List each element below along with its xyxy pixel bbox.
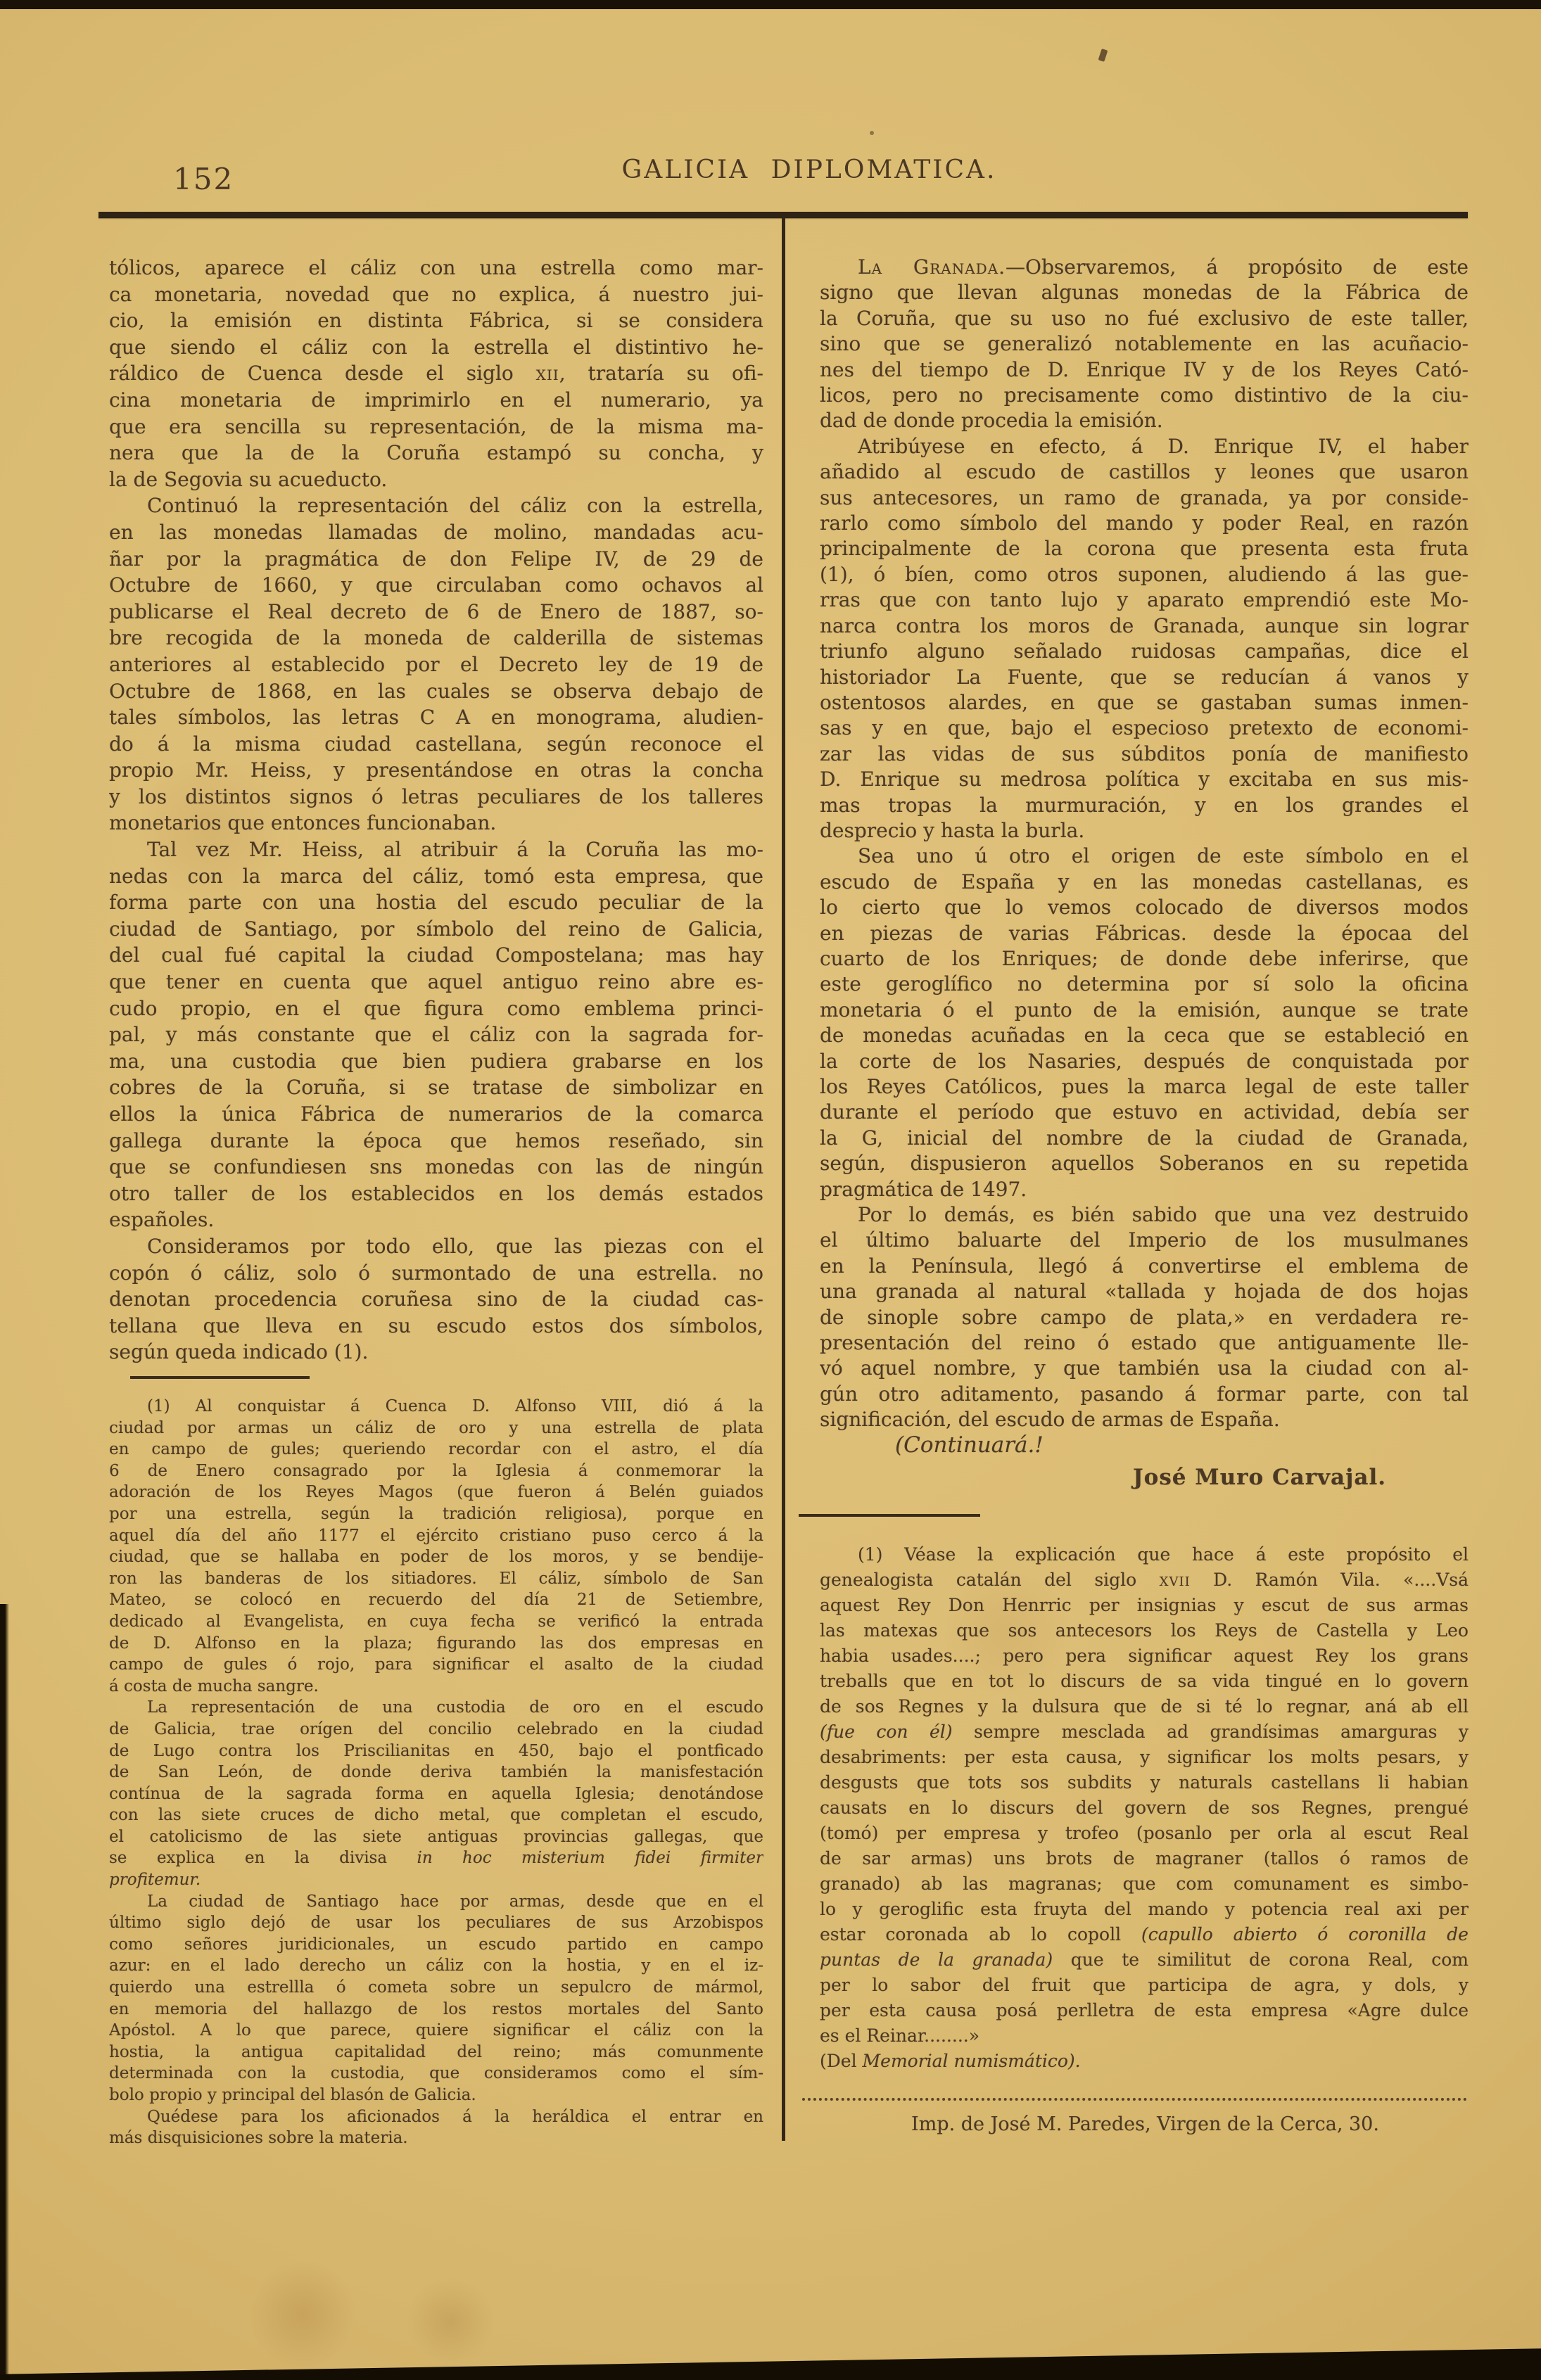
text-line: copón ó cáliz, solo ó surmontado de una … (109, 1260, 763, 1287)
text-line: tólicos, aparece el cáliz con una estrel… (109, 255, 763, 281)
text-line: escudo de España y en las monedas castel… (820, 870, 1469, 895)
text-line: sas y en que, bajo el especioso pretexto… (820, 715, 1469, 741)
text-line: dad de donde procedia la emisión. (820, 408, 1469, 433)
text-line: azur: en el lado derecho un cáliz con la… (109, 1955, 763, 1977)
text-line: ma, una custodia que bien pudiera grabar… (109, 1048, 763, 1075)
text-line: durante el período que estuvo en activid… (820, 1100, 1469, 1125)
right-footnote-rule (799, 1514, 980, 1517)
text-line: aquel día del año 1177 el ejército crist… (109, 1525, 763, 1547)
text-line: el último baluarte del Imperio de los mu… (820, 1228, 1469, 1253)
text-line: que se confundiesen sns monedas con las … (109, 1154, 763, 1181)
text-line: por una estrella, según la tradición rel… (109, 1503, 763, 1525)
text-line: mas tropas la murmuración, y en los gran… (820, 793, 1469, 818)
text-line: ellos la única Fábrica de numerarios de … (109, 1101, 763, 1128)
text-line: profitemur. (109, 1869, 763, 1891)
imprint-line: Imp. de José M. Paredes, Virgen de la Ce… (820, 2113, 1471, 2135)
text-line: narca contra los moros de Granada, aunqu… (820, 613, 1469, 639)
text-line: habia usades....; pero pera significar a… (820, 1643, 1469, 1669)
text-line: La Granada.—Observaremos, á propósito de… (820, 255, 1469, 280)
text-line: Continuó la representación del cáliz con… (109, 492, 763, 519)
text-line: (1) Véase la explicación que hace á este… (820, 1542, 1469, 1567)
text-line: que tener en cuenta que aquel antiguo re… (109, 969, 763, 995)
text-line: ciudad de Santiago, por símbolo del rein… (109, 916, 763, 943)
text-line: do á la misma ciudad castellana, según r… (109, 731, 763, 758)
text-line: (1), ó bíen, como otros suponen, aludien… (820, 562, 1469, 587)
text-line: ciudad por armas un cáliz de oro y una e… (109, 1418, 763, 1439)
text-line: lo y geroglific esta fruyta del mando y … (820, 1897, 1469, 1922)
text-line: de monedas acuñadas en la ceca que se es… (820, 1023, 1469, 1048)
text-line: Por lo demás, es bién sabido que una vez… (820, 1202, 1469, 1228)
text-line: forma parte con una hostia del escudo pe… (109, 889, 763, 916)
text-line: publicarse el Real decreto de 6 de Enero… (109, 599, 763, 625)
text-line: Octubre de 1868, en las cuales se observ… (109, 678, 763, 705)
text-line: cio, la emisión en distinta Fábrica, si … (109, 307, 763, 334)
text-line: Sea uno ú otro el origen de este símbolo… (820, 844, 1469, 869)
text-line: significación, del escudo de armas de Es… (820, 1407, 1469, 1432)
text-line: en la Península, llegó á convertirse el … (820, 1254, 1469, 1279)
text-line: rarlo como símbolo del mando y poder Rea… (820, 511, 1469, 536)
left-column-footnote: (1) Al conquistar á Cuenca D. Alfonso VI… (109, 1396, 763, 2149)
text-line: del cual fué capital la ciudad Compostel… (109, 942, 763, 969)
text-line: se explica en la divisa in hoc misterium… (109, 1847, 763, 1869)
right-column-footnote: (1) Véase la explicación que hace á este… (820, 1542, 1469, 2074)
text-line: triunfo alguno señalado ruidosas campaña… (820, 639, 1469, 664)
text-line: (1) Al conquistar á Cuenca D. Alfonso VI… (109, 1396, 763, 1418)
text-line: aquest Rey Don Henrric per insignias y e… (820, 1593, 1469, 1618)
text-line: de D. Alfonso en la plaza; figurando las… (109, 1633, 763, 1655)
text-line: más disquisiciones sobre la materia. (109, 2127, 763, 2149)
text-line: Atribúyese en efecto, á D. Enrique IV, e… (820, 434, 1469, 459)
text-line: 6 de Enero consagrado por la Iglesia á c… (109, 1461, 763, 1482)
text-line: nera que la de la Coruña estampó su conc… (109, 440, 763, 466)
text-line: D. Enrique su medrosa política y excitab… (820, 767, 1469, 792)
text-line: licos, pero no precisamente como distint… (820, 383, 1469, 408)
text-line: anteriores al establecido por el Decreto… (109, 651, 763, 678)
text-line: de Galicia, trae orígen del concilio cel… (109, 1719, 763, 1741)
text-line: tellana que lleva en su escudo estos dos… (109, 1313, 763, 1339)
text-line: hostia, la antigua capitalidad del reino… (109, 2042, 763, 2063)
text-line: signo que llevan algunas monedas de la F… (820, 280, 1469, 305)
text-line: la G, inicial del nombre de la ciudad de… (820, 1126, 1469, 1151)
text-line: propio Mr. Heiss, y presentándose en otr… (109, 757, 763, 784)
text-line: Mateo, se colocó en recuerdo del día 21 … (109, 1589, 763, 1611)
text-line: principalmente de la corona que presenta… (820, 536, 1469, 561)
text-line: vó aquel nombre, y que también usa la ci… (820, 1356, 1469, 1381)
text-line: añadido al escudo de castillos y leones … (820, 459, 1469, 485)
text-line: per esta causa posá perlletra de esta em… (820, 1998, 1469, 2023)
text-line: este geroglífico no determina por sí sol… (820, 972, 1469, 997)
text-line: ciudad, que se hallaba en poder de los m… (109, 1546, 763, 1568)
text-line: (fue con él) sempre mesclada ad grandísi… (820, 1719, 1469, 1745)
text-line: determinada con la custodia, que conside… (109, 2063, 763, 2085)
text-line: bolo propio y principal del blasón de Ga… (109, 2085, 763, 2106)
text-line: Consideramos por todo ello, que las piez… (109, 1233, 763, 1260)
text-line: historiador La Fuente, que se reducían á… (820, 665, 1469, 690)
text-line: nes del tiempo de D. Enrique IV y de los… (820, 357, 1469, 383)
text-line: pragmática de 1497. (820, 1177, 1469, 1202)
page-number: 152 (173, 162, 234, 196)
text-line: ca monetaria, novedad que no explica, á … (109, 281, 763, 308)
text-line: la Coruña, que su uso no fué exclusivo d… (820, 306, 1469, 331)
text-line: zar las vidas de sus súbditos ponía de m… (820, 742, 1469, 767)
text-line: una granada al natural «tallada y hojada… (820, 1279, 1469, 1304)
paper-speck (870, 131, 874, 135)
right-column-text: La Granada.—Observaremos, á propósito de… (820, 255, 1469, 1433)
author-signature: José Muro Carvajal. (1098, 1465, 1421, 1490)
text-line: cudo propio, en el que figura como emble… (109, 995, 763, 1022)
text-line: causats en lo discurs del govern de sos … (820, 1795, 1469, 1821)
text-line: Tal vez Mr. Heiss, al atribuir á la Coru… (109, 836, 763, 863)
text-line: último siglo dejó de usar los peculiares… (109, 1912, 763, 1934)
text-line: contínua de la sagrada forma en aquella … (109, 1783, 763, 1805)
text-line: estar coronada ab lo copoll (capullo abi… (820, 1922, 1469, 1947)
scan-edge-top (0, 0, 1541, 9)
text-line: de sos Regnes y la dulsura que de si té … (820, 1694, 1469, 1719)
text-line: (tomó) per empresa y trofeo (posanlo per… (820, 1821, 1469, 1846)
text-line: nedas con la marca del cáliz, tomó esta … (109, 863, 763, 890)
text-line: campo de gules ó rojo, para significar e… (109, 1654, 763, 1676)
text-line: en memoria del hallazgo de los restos mo… (109, 1999, 763, 2021)
text-line: la corte de los Nasaries, después de con… (820, 1049, 1469, 1074)
text-line: genealogista catalán del siglo xvii D. R… (820, 1567, 1469, 1593)
text-line: (Del Memorial numismático). (820, 2049, 1469, 2074)
text-line: per lo sabor del fruit que participa de … (820, 1973, 1469, 1998)
text-line: de sinople sobre campo de plata,» en ver… (820, 1305, 1469, 1330)
text-line: y los distintos signos ó letras peculiar… (109, 784, 763, 810)
text-line: las matexas que sos antecesors los Reys … (820, 1618, 1469, 1643)
text-line: adoración de los Reyes Magos (que fueron… (109, 1482, 763, 1503)
text-line: ñar por la pragmática de don Felipe IV, … (109, 546, 763, 573)
text-line: La ciudad de Santiago hace por armas, de… (109, 1891, 763, 1913)
text-line: en las monedas llamadas de molino, manda… (109, 519, 763, 546)
text-line: granado) ab las magranas; que com comuna… (820, 1871, 1469, 1897)
text-line: de San León, de donde deriva también la … (109, 1762, 763, 1783)
text-line: sino que se generalizó notablemente en l… (820, 331, 1469, 357)
text-line: como señores juridicionales, un escudo p… (109, 1934, 763, 1956)
text-line: La representación de una custodia de oro… (109, 1697, 763, 1719)
text-line: cobres de la Coruña, si se tratase de si… (109, 1074, 763, 1101)
text-line: sus antecesores, un ramo de granada, ya … (820, 485, 1469, 511)
text-line: cuarto de los Enriques; de donde debe in… (820, 946, 1469, 972)
text-line: Quédese para los aficionados á la heráld… (109, 2106, 763, 2128)
text-line: pal, y más constante que el cáliz con la… (109, 1022, 763, 1048)
page-title: GALICIA DIPLOMATICA. (457, 155, 1161, 184)
text-line: Octubre de 1660, y que circulaban como o… (109, 572, 763, 599)
text-line: presentación del reino ó estado que anti… (820, 1330, 1469, 1356)
text-line: cina monetaria de imprimirlo en el numer… (109, 387, 763, 414)
text-line: monetarios que entonces funcionaban. (109, 810, 763, 836)
text-line: á costa de mucha sangre. (109, 1676, 763, 1698)
text-line: en campo de gules; queriendo recordar co… (109, 1439, 763, 1461)
text-line: según, dispusieron aquellos Soberanos en… (820, 1151, 1469, 1176)
text-line: treballs que en tot lo discurs de sa vid… (820, 1669, 1469, 1694)
text-line: en piezas de varias Fábricas. desde la é… (820, 921, 1469, 946)
text-line: que siendo el cáliz con la estrella el d… (109, 334, 763, 361)
text-line: desabriments: per esta causa, y signific… (820, 1745, 1469, 1770)
text-line: la de Segovia su acueducto. (109, 466, 763, 493)
text-line: españoles. (109, 1207, 763, 1233)
text-line: tales símbolos, las letras C A en monogr… (109, 704, 763, 731)
text-line: ráldico de Cuenca desde el siglo xii, tr… (109, 360, 763, 387)
text-line: bre recogida de la moneda de calderilla … (109, 625, 763, 651)
text-line: de sar armas) uns brots de magraner (tal… (820, 1846, 1469, 1871)
text-line: desprecio y hasta la burla. (820, 818, 1469, 844)
imprint-dotted-rule (802, 2098, 1467, 2101)
text-line: el catolicismo de las siete antiguas pro… (109, 1826, 763, 1848)
text-line: quierdo una estrellla ó cometa sobre un … (109, 1977, 763, 1999)
text-line: que era sencilla su representación, de l… (109, 414, 763, 440)
text-line: gún otro aditamento, pasando á formar pa… (820, 1382, 1469, 1407)
text-line: los Reyes Católicos, pues la marca legal… (820, 1074, 1469, 1100)
text-line: es el Reinar........» (820, 2023, 1469, 2049)
left-footnote-rule (130, 1376, 310, 1379)
text-line: ostentosos alardes, en que se gastaban s… (820, 690, 1469, 715)
text-line: desgusts que tots sos subdits y naturals… (820, 1770, 1469, 1795)
header-rule (99, 212, 1468, 218)
text-line: ron las banderas de los sitiadores. El c… (109, 1568, 763, 1590)
text-line: otro taller de los establecidos en los d… (109, 1181, 763, 1207)
left-column-text: tólicos, aparece el cáliz con una estrel… (109, 255, 763, 1366)
text-line: denotan procedencia coruñesa sino de la … (109, 1286, 763, 1313)
text-line: monetaria ó el punto de la emisión, aunq… (820, 998, 1469, 1023)
text-line: lo cierto que lo vemos colocado de diver… (820, 895, 1469, 920)
column-divider-rule (782, 218, 785, 2141)
text-line: puntas de la granada) que te similitut d… (820, 1947, 1469, 1973)
continuation-notice: (Continuará.! (895, 1432, 1044, 1458)
text-line: rras que con tanto lujo y aparato empren… (820, 587, 1469, 613)
text-line: gallega durante la época que hemos reseñ… (109, 1128, 763, 1154)
text-line: de Lugo contra los Priscilianitas en 450… (109, 1741, 763, 1762)
text-line: con las siete cruces de dicho metal, que… (109, 1805, 763, 1826)
text-line: Apóstol. A lo que parece, quiere signifi… (109, 2020, 763, 2042)
text-line: dedicado al Evangelista, en cuya fecha s… (109, 1611, 763, 1633)
text-line: según queda indicado (1). (109, 1339, 763, 1366)
scan-edge-left (0, 1604, 9, 2380)
